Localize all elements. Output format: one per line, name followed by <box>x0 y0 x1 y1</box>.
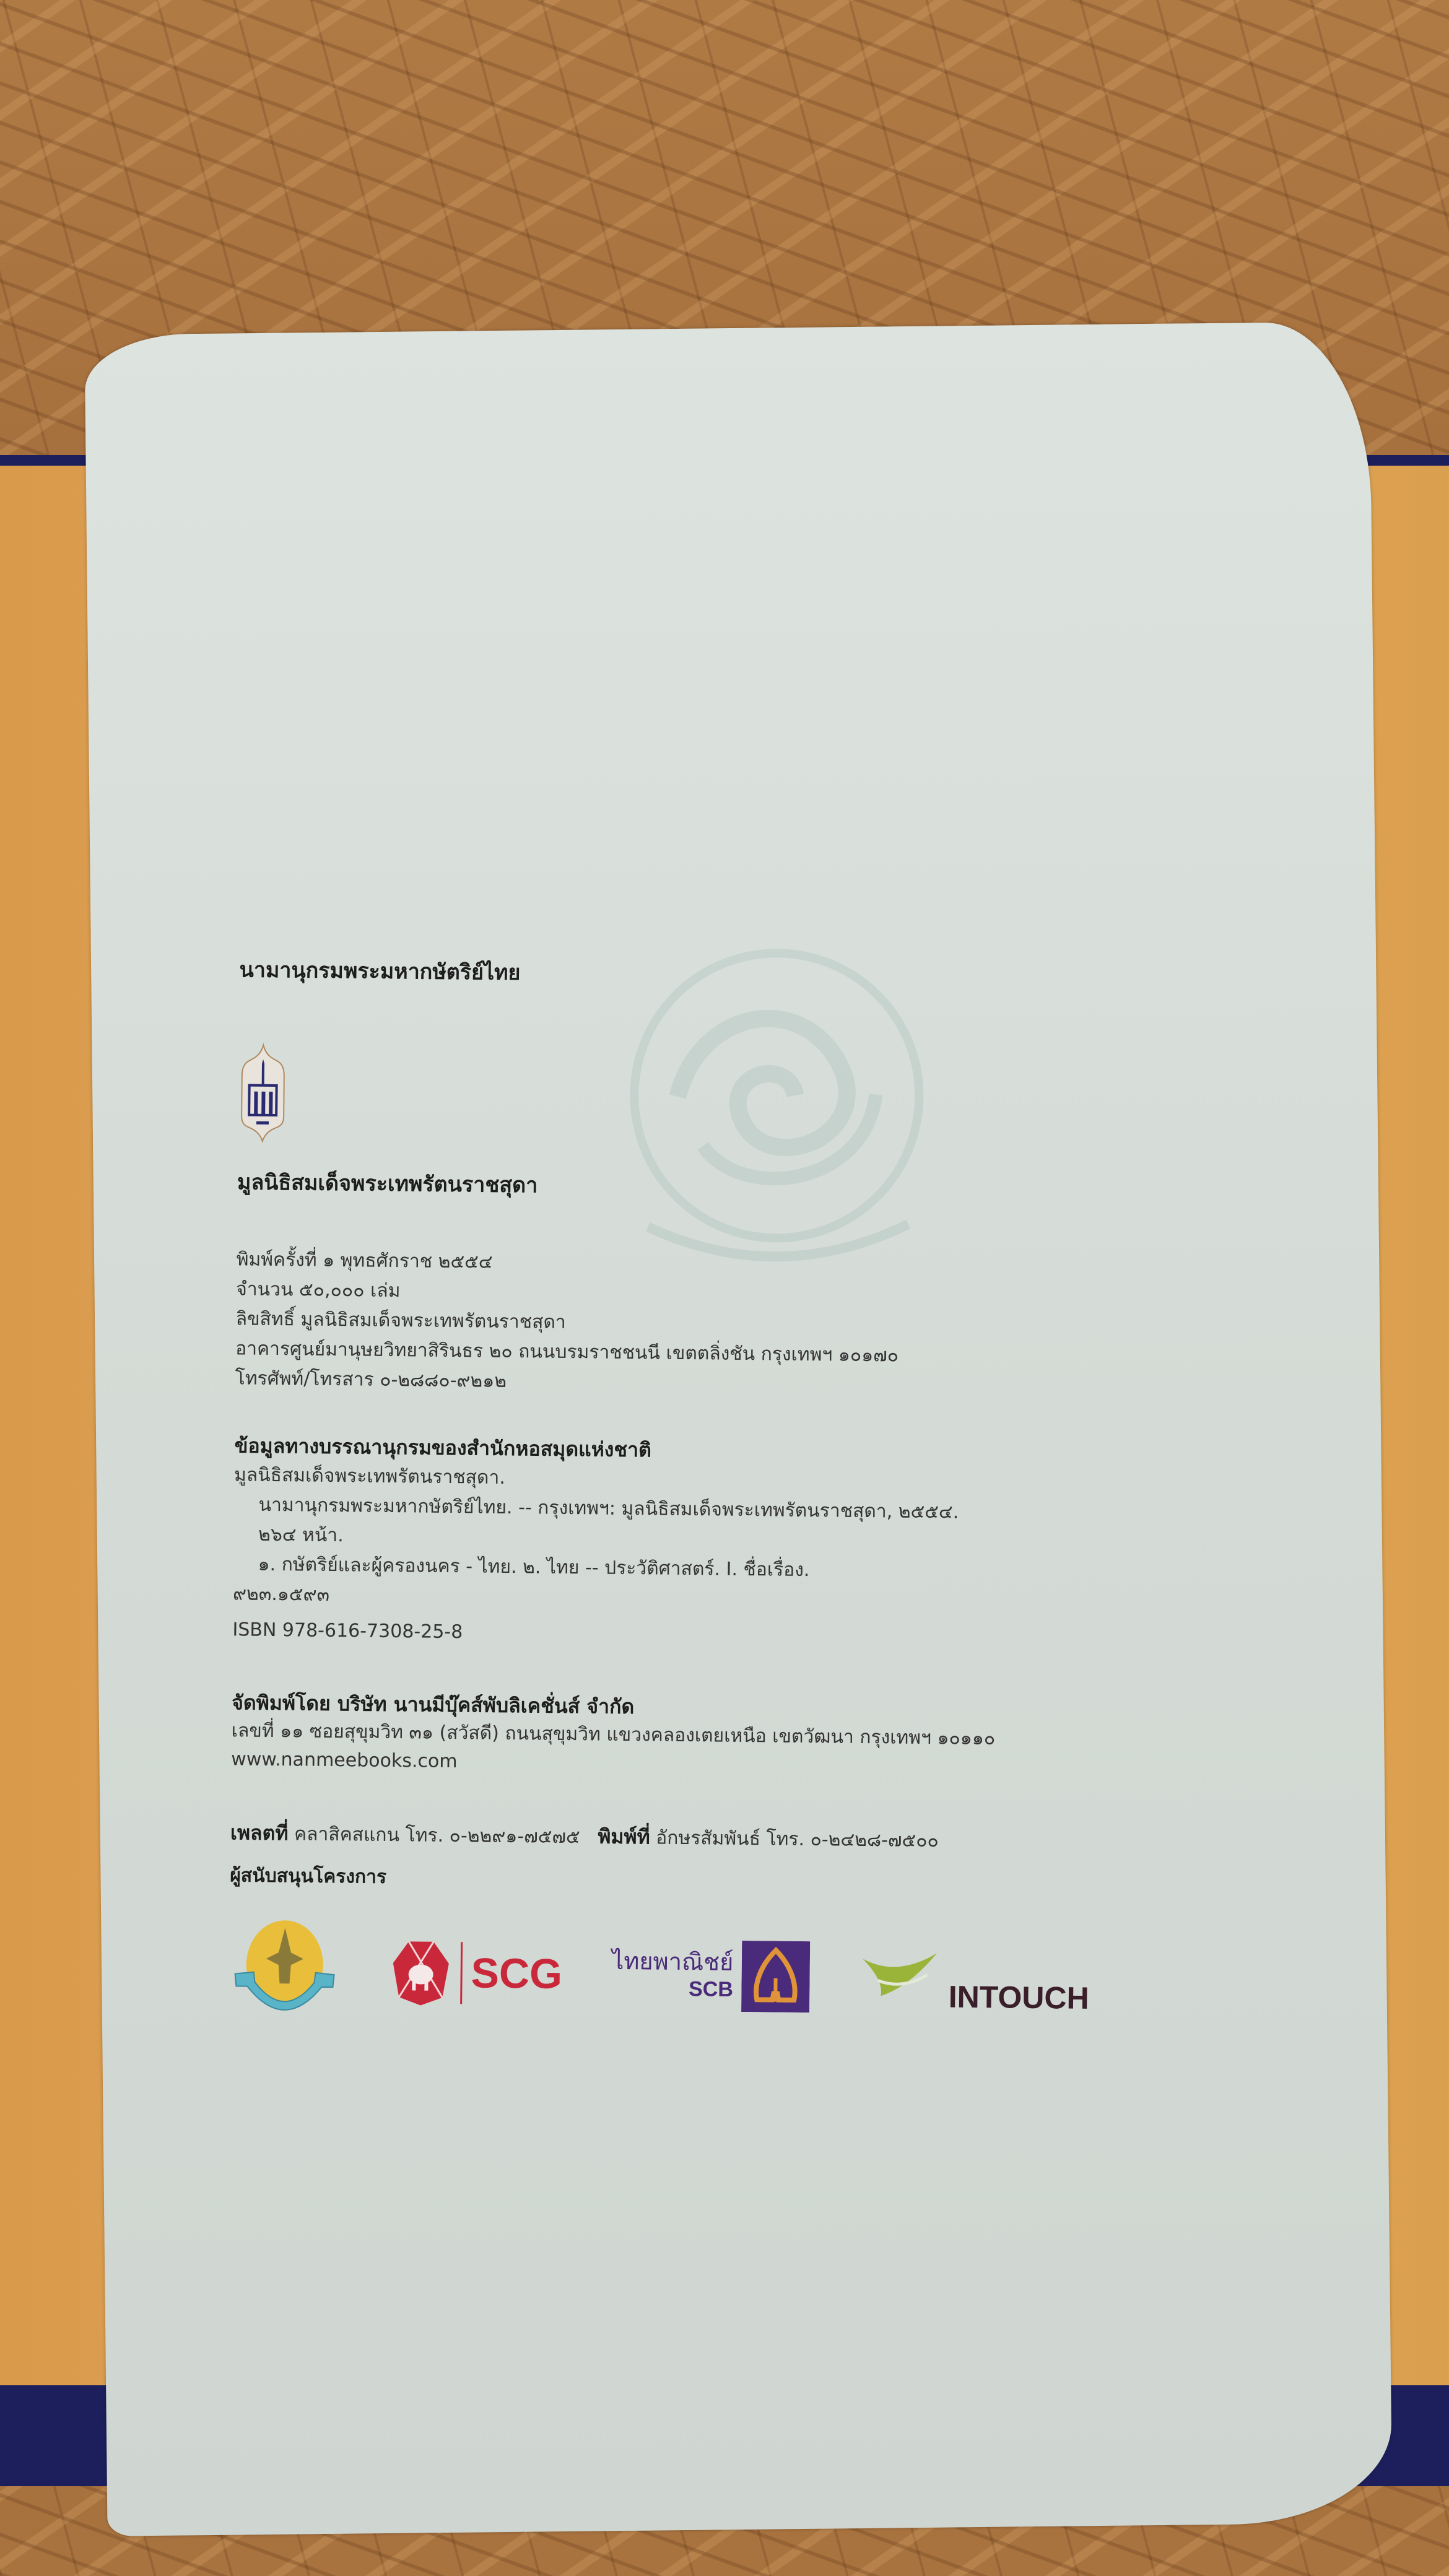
scb-thai-name: ไทยพาณิชย์ <box>612 1947 734 1976</box>
sponsor-logos: SCG ไทยพาณิชย์ SCB INTOUCH <box>228 1915 1282 2037</box>
book-title: นามานุกรมพระมหากษัตริย์ไทย <box>239 952 1292 997</box>
publisher-info: จัดพิมพ์โดย บริษัท นานมีบุ๊คส์พับลิเคชั่… <box>231 1688 1284 1785</box>
catalog-isbn: ISBN 978-616-7308-25-8 <box>232 1615 1285 1656</box>
foundation-logo-icon <box>238 1042 289 1144</box>
scb-leaf-icon <box>742 1940 811 2012</box>
book-page: นามานุกรมพระมหากษัตริย์ไทย มูลนิธิสมเด็จ… <box>84 321 1392 2536</box>
scg-elephant-icon <box>389 1938 452 2007</box>
sponsors-label: ผู้สนับสนุนโครงการ <box>230 1861 1282 1901</box>
printing-info: เพลตที่ คลาสิคสแกน โทร. ๐-๒๒๙๑-๗๕๗๕ พิมพ… <box>230 1817 1283 1860</box>
catalog-data: ข้อมูลทางบรรณานุกรมของสำนักหอสมุดแห่งชาต… <box>232 1430 1287 1656</box>
sponsor-scb: ไทยพาณิชย์ SCB <box>611 1939 810 2012</box>
sponsor-scg: SCG <box>389 1938 562 2008</box>
intouch-swoosh-icon <box>859 1949 941 2006</box>
scg-divider <box>460 1942 463 2004</box>
foundation-name: มูลนิธิสมเด็จพระเทพรัตนราชสุดา <box>237 1165 1290 1209</box>
print-label: พิมพ์ที่ <box>598 1825 650 1849</box>
plate-label: เพลตที่ <box>230 1821 289 1845</box>
royal-emblem-icon <box>228 1915 341 2027</box>
sponsor-royal-emblem <box>228 1915 341 2027</box>
scb-english-name: SCB <box>612 1975 734 2003</box>
intouch-wordmark: INTOUCH <box>948 1978 1089 2016</box>
sponsor-intouch: INTOUCH <box>859 1941 1089 2016</box>
scb-wordmark: ไทยพาณิชย์ SCB <box>612 1947 734 2003</box>
plate-value: คลาสิคสแกน โทร. ๐-๒๒๙๑-๗๕๗๕ <box>294 1823 580 1848</box>
edition-info: พิมพ์ครั้งที่ ๑ พุทธศักราช ๒๕๕๔ จำนวน ๕๐… <box>235 1245 1289 1404</box>
colophon: นามานุกรมพระมหากษัตริย์ไทย มูลนิธิสมเด็จ… <box>228 952 1292 2037</box>
print-value: อักษรสัมพันธ์ โทร. ๐-๒๔๒๘-๗๕๐๐ <box>656 1827 939 1852</box>
scg-wordmark: SCG <box>471 1949 562 1998</box>
